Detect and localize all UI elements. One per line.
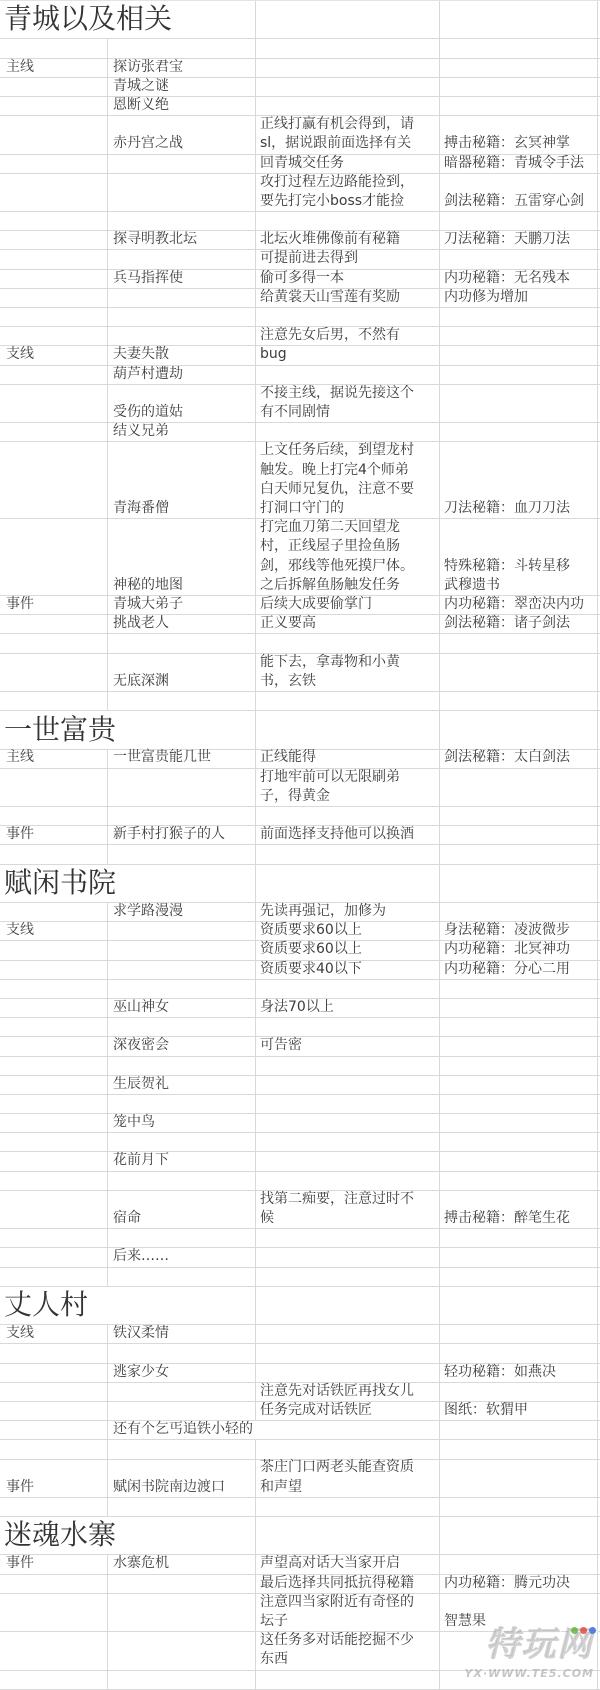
note-cell <box>256 1114 440 1132</box>
quest-cell: 笼中鸟 <box>108 1114 256 1132</box>
category-cell <box>0 289 108 307</box>
table-row <box>0 807 600 826</box>
table-row: 注意四当家附近有奇怪的坛子智慧果 <box>0 1594 600 1632</box>
table-row: 花前月下 <box>0 1152 600 1171</box>
reward-cell <box>440 1268 598 1286</box>
table-row: 支线铁汉柔情 <box>0 1325 600 1344</box>
quest-cell <box>108 941 256 959</box>
category-cell <box>0 39 108 57</box>
reward-cell: 图纸：软猬甲 <box>440 1402 598 1420</box>
category-cell <box>0 1191 108 1228</box>
category-cell <box>0 807 108 825</box>
reward-cell <box>440 327 598 345</box>
table-row: 事件赋闲书院南边渡口茶庄门口两老头能查资质和声望 <box>0 1460 600 1498</box>
note-cell: 打完血刀第二天回望龙村，正线屋子里捡鱼肠剑，邪线等他死摸尸体。之后拆解鱼肠触发任… <box>256 519 440 595</box>
reward-cell <box>440 308 598 326</box>
table-row <box>0 1057 600 1076</box>
note-cell: 注意先女后男，不然有bug <box>256 346 440 364</box>
note-cell: 任务完成对话铁匠 <box>256 1402 440 1420</box>
table-row: 支线资质要求60以上身法秘籍：凌波微步 <box>0 922 600 941</box>
note-cell: 身法70以上 <box>256 999 440 1017</box>
reward-cell <box>440 1344 598 1362</box>
note-cell: 北坛火堆佛像前有秘籍 <box>256 231 440 249</box>
category-cell: 支线 <box>0 346 108 364</box>
table-row <box>0 39 600 58</box>
table-row <box>0 980 600 999</box>
quest-cell <box>108 922 256 940</box>
category-cell <box>0 1594 108 1631</box>
reward-cell <box>440 1517 598 1554</box>
table-row: 攻打过程左边路能捡到，要先打完小boss才能捡剑法秘籍：五雷穿心剑 <box>0 174 600 212</box>
category-cell: 支线 <box>0 922 108 940</box>
quest-cell: 探寻明教北坛 <box>108 231 256 249</box>
reward-cell: 搏击秘籍：玄冥神掌 <box>440 116 598 153</box>
category-cell: 事件 <box>0 596 108 614</box>
note-cell <box>256 423 440 441</box>
category-cell <box>0 769 108 806</box>
table-row: 逃家少女轻功秘籍：如燕决 <box>0 1364 600 1383</box>
section-title: 青城以及相关 <box>0 1 256 38</box>
note-cell <box>256 807 440 825</box>
category-cell <box>0 634 108 652</box>
note-cell <box>256 1229 440 1247</box>
reward-cell: 特殊秘籍：斗转星移 武穆遗书 <box>440 519 598 595</box>
note-cell: 最后选择共同抵抗得秘籍 <box>256 1575 440 1593</box>
reward-cell <box>440 692 598 710</box>
note-cell: 找第二痴要，注意过时不候 <box>256 1191 440 1228</box>
category-cell <box>0 97 108 115</box>
note-cell <box>256 1364 440 1382</box>
note-cell <box>256 1018 440 1036</box>
reward-cell: 刀法秘籍：血刀刀法 <box>440 442 598 518</box>
reward-cell: 内功秘籍：无名残本 <box>440 270 598 288</box>
category-cell <box>0 1076 108 1094</box>
reward-cell <box>440 1095 598 1113</box>
note-cell: 先读再强记，加修为 <box>256 903 440 921</box>
note-cell: 上文任务后续，到望龙村触发。晚上打完4个师弟白天师兄复仇，注意不要打洞口守门的 <box>256 442 440 518</box>
note-cell <box>256 1152 440 1170</box>
table-row: 事件青城大弟子后续大成要偷掌门内功秘籍：翠峦决内功 <box>0 596 600 615</box>
note-cell: 注意先对话铁匠再找女儿 <box>256 1383 440 1401</box>
table-row <box>0 634 600 653</box>
category-cell <box>0 1095 108 1113</box>
quest-table: 青城以及相关主线探访张君宝青城之谜恩断义绝赤丹宫之战正线打赢有机会得到，请sl，… <box>0 0 600 1690</box>
table-row: 探寻明教北坛北坛火堆佛像前有秘籍刀法秘籍：天鹏刀法 <box>0 231 600 250</box>
quest-cell: 赋闲书院南边渡口 <box>108 1460 256 1497</box>
quest-cell: 一世富贵能几世 <box>108 750 256 768</box>
quest-cell <box>108 250 256 268</box>
category-cell <box>0 1248 108 1266</box>
table-row: 宿命找第二痴要，注意过时不候搏击秘籍：醉笔生花 <box>0 1191 600 1229</box>
reward-cell <box>440 1555 598 1573</box>
note-cell <box>256 1287 440 1324</box>
reward-cell: 身法秘籍：凌波微步 <box>440 922 598 940</box>
note-cell: 可告密 <box>256 1037 440 1055</box>
note-cell <box>256 711 440 748</box>
note-cell: 声望高对话大当家开启 <box>256 1555 440 1573</box>
reward-cell <box>440 711 598 748</box>
category-cell <box>0 1364 108 1382</box>
quest-cell <box>108 155 256 173</box>
quest-cell: 无底深渊 <box>108 654 256 691</box>
table-row: 后来…… <box>0 1248 600 1267</box>
quest-cell <box>108 1344 256 1362</box>
reward-cell <box>440 1057 598 1075</box>
quest-cell <box>108 1498 256 1516</box>
table-row: 求学路漫漫先读再强记，加修为 <box>0 903 600 922</box>
quest-cell: 夫妻失散 <box>108 346 256 364</box>
category-cell <box>0 116 108 153</box>
category-cell <box>0 308 108 326</box>
reward-cell <box>440 845 598 863</box>
reward-cell <box>440 250 598 268</box>
category-cell <box>0 270 108 288</box>
reward-cell <box>440 39 598 57</box>
note-cell <box>256 865 440 902</box>
quest-cell: 青城之谜 <box>108 78 256 96</box>
quest-cell <box>108 1057 256 1075</box>
reward-cell: 内功秘籍：腾元功决 <box>440 1575 598 1593</box>
quest-cell <box>108 845 256 863</box>
table-row <box>0 1671 600 1690</box>
section-header-row: 丈人村 <box>0 1287 600 1325</box>
category-cell: 事件 <box>0 826 108 844</box>
category-cell <box>0 999 108 1017</box>
category-cell <box>0 1344 108 1362</box>
reward-cell <box>440 1076 598 1094</box>
category-cell <box>0 961 108 979</box>
reward-cell: 剑法秘籍：太白剑法 <box>440 750 598 768</box>
note-cell: 正线能得 <box>256 750 440 768</box>
table-row <box>0 1344 600 1363</box>
category-cell <box>0 903 108 921</box>
reward-cell: 剑法秘籍：诸子剑法 <box>440 615 598 633</box>
category-cell <box>0 327 108 345</box>
note-cell: 不接主线，据说先接这个有不同剧情 <box>256 385 440 422</box>
category-cell <box>0 1671 108 1689</box>
note-cell: 这任务多对话能挖掘不少东西 <box>256 1632 440 1669</box>
category-cell <box>0 1632 108 1669</box>
category-cell <box>0 845 108 863</box>
reward-cell <box>440 1133 598 1151</box>
reward-cell <box>440 97 598 115</box>
note-cell <box>256 39 440 57</box>
quest-cell: 葫芦村遭劫 <box>108 366 256 384</box>
reward-cell: 内功秘籍：翠峦决内功 <box>440 596 598 614</box>
reward-cell: 智慧果 <box>440 1594 598 1631</box>
note-cell <box>256 1076 440 1094</box>
category-cell: 事件 <box>0 1460 108 1497</box>
quest-cell: 受伤的道姑 <box>108 385 256 422</box>
table-row <box>0 1172 600 1191</box>
quest-cell: 结义兄弟 <box>108 423 256 441</box>
quest-cell: 还有个乞丐追铁小轻的 <box>108 1421 440 1439</box>
category-cell <box>0 941 108 959</box>
category-cell: 事件 <box>0 1555 108 1573</box>
category-cell <box>0 423 108 441</box>
table-row <box>0 1498 600 1517</box>
table-row: 受伤的道姑不接主线，据说先接这个有不同剧情 <box>0 385 600 423</box>
category-cell <box>0 212 108 230</box>
note-cell: 注意四当家附近有奇怪的坛子 <box>256 1594 440 1631</box>
table-row <box>0 1229 600 1248</box>
category-cell: 支线 <box>0 1325 108 1343</box>
quest-cell <box>108 1383 256 1401</box>
reward-cell: 剑法秘籍：五雷穿心剑 <box>440 174 598 211</box>
reward-cell <box>440 346 598 364</box>
note-cell <box>256 212 440 230</box>
quest-cell: 青城大弟子 <box>108 596 256 614</box>
note-cell <box>256 980 440 998</box>
note-cell <box>256 366 440 384</box>
category-cell <box>0 980 108 998</box>
quest-cell <box>108 289 256 307</box>
category-cell: 主线 <box>0 59 108 77</box>
note-cell: 资质要求60以上 <box>256 941 440 959</box>
table-row: 打地牢前可以无限刷弟子，得黄金 <box>0 769 600 807</box>
quest-cell: 逃家少女 <box>108 1364 256 1382</box>
note-cell <box>256 1671 440 1689</box>
reward-cell <box>440 769 598 806</box>
reward-cell: 搏击秘籍：醉笔生花 <box>440 1191 598 1228</box>
note-cell <box>256 1325 440 1343</box>
table-row <box>0 845 600 864</box>
note-cell <box>256 1172 440 1190</box>
quest-cell: 神秘的地图 <box>108 519 256 595</box>
category-cell <box>0 1037 108 1055</box>
reward-cell: 内功秘籍：分心二用 <box>440 961 598 979</box>
category-cell <box>0 1440 108 1458</box>
note-cell: 茶庄门口两老头能查资质和声望 <box>256 1460 440 1497</box>
reward-cell <box>440 1229 598 1247</box>
reward-cell <box>440 1037 598 1055</box>
category-cell <box>0 1152 108 1170</box>
table-row: 给黄裳天山雪莲有奖励内功修为增加 <box>0 289 600 308</box>
table-row: 事件水寨危机声望高对话大当家开启 <box>0 1555 600 1574</box>
category-cell <box>0 1018 108 1036</box>
table-row: 生辰贺礼 <box>0 1076 600 1095</box>
reward-cell: 轻功秘籍：如燕决 <box>440 1364 598 1382</box>
reward-cell: 内功修为增加 <box>440 289 598 307</box>
reward-cell <box>440 1248 598 1266</box>
reward-cell <box>440 1498 598 1516</box>
table-row: 最后选择共同抵抗得秘籍内功秘籍：腾元功决 <box>0 1575 600 1594</box>
note-cell <box>256 1344 440 1362</box>
category-cell <box>0 366 108 384</box>
quest-cell: 青海番僧 <box>108 442 256 518</box>
note-cell <box>256 1268 440 1286</box>
quest-cell: 水寨危机 <box>108 1555 256 1573</box>
category-cell <box>0 250 108 268</box>
table-row: 事件新手村打猴子的人前面选择支持他可以换酒 <box>0 826 600 845</box>
quest-cell <box>108 769 256 806</box>
quest-cell: 挑战老人 <box>108 615 256 633</box>
reward-cell <box>440 1 598 38</box>
category-cell <box>0 1402 108 1420</box>
table-row: 挑战老人正义要高剑法秘籍：诸子剑法 <box>0 615 600 634</box>
note-cell: 能下去，拿毒物和小黄书，玄铁 <box>256 654 440 691</box>
reward-cell <box>440 366 598 384</box>
table-row <box>0 1440 600 1459</box>
note-cell: 回青城交任务 <box>256 155 440 173</box>
table-row: 青海番僧上文任务后续，到望龙村触发。晚上打完4个师弟白天师兄复仇，注意不要打洞口… <box>0 442 600 519</box>
category-cell <box>0 692 108 710</box>
reward-cell <box>440 903 598 921</box>
quest-cell <box>108 1018 256 1036</box>
section-header-row: 迷魂水寨 <box>0 1517 600 1555</box>
category-cell <box>0 1383 108 1401</box>
quest-cell: 新手村打猴子的人 <box>108 826 256 844</box>
table-row <box>0 308 600 327</box>
quest-cell <box>108 1402 256 1420</box>
note-cell <box>256 1 440 38</box>
section-title: 一世富贵 <box>0 711 256 748</box>
quest-cell: 花前月下 <box>108 1152 256 1170</box>
quest-cell <box>108 1268 256 1286</box>
quest-cell: 后来…… <box>108 1248 256 1266</box>
table-row: 葫芦村遭劫 <box>0 366 600 385</box>
reward-cell <box>440 1114 598 1132</box>
quest-cell: 求学路漫漫 <box>108 903 256 921</box>
note-cell: 攻打过程左边路能捡到，要先打完小boss才能捡 <box>256 174 440 211</box>
quest-cell <box>108 1575 256 1593</box>
quest-cell <box>108 1133 256 1151</box>
table-row <box>0 692 600 711</box>
note-cell: 正义要高 <box>256 615 440 633</box>
note-cell <box>256 1517 440 1554</box>
quest-cell: 恩断义绝 <box>108 97 256 115</box>
category-cell <box>0 385 108 422</box>
category-cell <box>0 1498 108 1516</box>
table-row: 兵马指挥使偷可多得一本内功秘籍：无名残本 <box>0 270 600 289</box>
reward-cell <box>440 1287 598 1324</box>
reward-cell <box>440 807 598 825</box>
category-cell <box>0 1421 108 1439</box>
category-cell <box>0 155 108 173</box>
category-cell <box>0 1133 108 1151</box>
table-row: 赤丹宫之战正线打赢有机会得到，请sl，据说跟前面选择有关搏击秘籍：玄冥神掌 <box>0 116 600 154</box>
category-cell <box>0 442 108 518</box>
quest-cell <box>108 1095 256 1113</box>
table-row: 深夜密会可告密 <box>0 1037 600 1056</box>
table-row <box>0 1133 600 1152</box>
reward-cell <box>440 212 598 230</box>
table-row: 笼中鸟 <box>0 1114 600 1133</box>
table-row: 资质要求60以上内功秘籍：北冥神功 <box>0 941 600 960</box>
note-cell <box>256 78 440 96</box>
category-cell <box>0 174 108 211</box>
reward-cell <box>440 78 598 96</box>
reward-cell <box>440 1440 598 1458</box>
table-row <box>0 1095 600 1114</box>
reward-cell <box>440 865 598 902</box>
table-row: 任务完成对话铁匠图纸：软猬甲 <box>0 1402 600 1421</box>
reward-cell <box>440 1421 598 1439</box>
category-cell <box>0 1575 108 1593</box>
category-cell <box>0 1229 108 1247</box>
quest-cell <box>108 980 256 998</box>
note-cell <box>256 634 440 652</box>
table-row: 无底深渊能下去，拿毒物和小黄书，玄铁 <box>0 654 600 692</box>
reward-cell <box>440 999 598 1017</box>
note-cell <box>256 1498 440 1516</box>
table-row: 回青城交任务暗器秘籍：青城令手法 <box>0 155 600 174</box>
note-cell <box>256 59 440 77</box>
reward-cell <box>440 654 598 691</box>
table-row <box>0 1018 600 1037</box>
table-row: 这任务多对话能挖掘不少东西 <box>0 1632 600 1670</box>
category-cell <box>0 654 108 691</box>
reward-cell <box>440 634 598 652</box>
note-cell: 正线打赢有机会得到，请sl，据说跟前面选择有关 <box>256 116 440 153</box>
section-title: 迷魂水寨 <box>0 1517 256 1554</box>
category-cell <box>0 1057 108 1075</box>
table-row: 结义兄弟 <box>0 423 600 442</box>
reward-cell <box>440 1671 598 1689</box>
quest-cell <box>108 212 256 230</box>
section-header-row: 一世富贵 <box>0 711 600 749</box>
note-cell <box>256 97 440 115</box>
section-title: 赋闲书院 <box>0 865 256 902</box>
reward-cell: 内功秘籍：北冥神功 <box>440 941 598 959</box>
quest-cell: 巫山神女 <box>108 999 256 1017</box>
note-cell <box>256 1440 440 1458</box>
category-cell: 主线 <box>0 750 108 768</box>
note-cell <box>256 1133 440 1151</box>
quest-cell: 兵马指挥使 <box>108 270 256 288</box>
note-cell: 后续大成要偷掌门 <box>256 596 440 614</box>
category-cell <box>0 1172 108 1190</box>
note-cell: 给黄裳天山雪莲有奖励 <box>256 289 440 307</box>
quest-cell <box>108 1229 256 1247</box>
category-cell <box>0 231 108 249</box>
quest-cell <box>108 1671 256 1689</box>
reward-cell <box>440 59 598 77</box>
table-row: 青城之谜 <box>0 78 600 97</box>
reward-cell <box>440 980 598 998</box>
quest-cell <box>108 807 256 825</box>
category-cell <box>0 519 108 595</box>
quest-cell <box>108 634 256 652</box>
reward-cell <box>440 1172 598 1190</box>
quest-cell <box>108 1440 256 1458</box>
quest-cell <box>108 1594 256 1631</box>
table-row <box>0 1268 600 1287</box>
note-cell: 资质要求60以上 <box>256 922 440 940</box>
reward-cell <box>440 1152 598 1170</box>
category-cell <box>0 615 108 633</box>
category-cell <box>0 1114 108 1132</box>
section-title: 丈人村 <box>0 1287 256 1324</box>
table-row: 可提前进去得到 <box>0 250 600 269</box>
reward-cell: 刀法秘籍：天鹏刀法 <box>440 231 598 249</box>
note-cell: 资质要求40以下 <box>256 961 440 979</box>
table-row <box>0 212 600 231</box>
table-row: 注意先对话铁匠再找女儿 <box>0 1383 600 1402</box>
quest-cell <box>108 1632 256 1669</box>
note-cell: 前面选择支持他可以换酒 <box>256 826 440 844</box>
section-header-row: 赋闲书院 <box>0 865 600 903</box>
note-cell: 打地牢前可以无限刷弟子，得黄金 <box>256 769 440 806</box>
reward-cell <box>440 1383 598 1401</box>
table-row: 还有个乞丐追铁小轻的 <box>0 1421 600 1440</box>
quest-cell: 生辰贺礼 <box>108 1076 256 1094</box>
table-row: 支线夫妻失散注意先女后男，不然有bug <box>0 346 600 365</box>
quest-cell <box>108 692 256 710</box>
table-row: 主线探访张君宝 <box>0 59 600 78</box>
category-cell <box>0 1268 108 1286</box>
quest-cell <box>108 1172 256 1190</box>
